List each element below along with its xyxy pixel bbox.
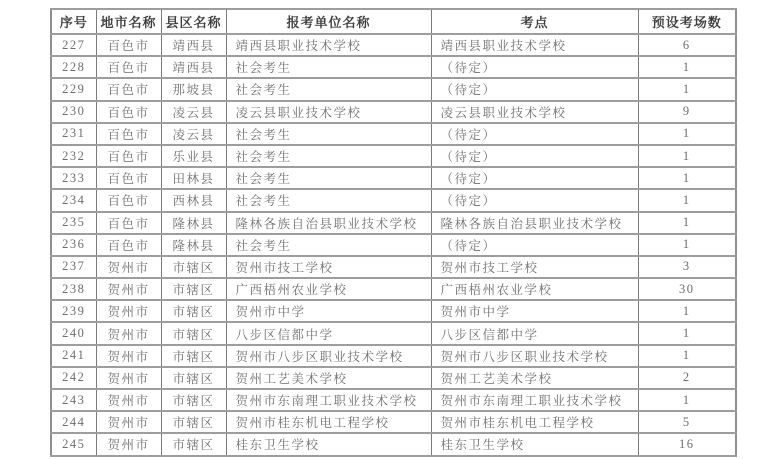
col-header-county-name: 县区名称	[161, 9, 226, 34]
serial-number-cell: 234	[51, 189, 96, 211]
city-name-cell: 百色市	[96, 34, 161, 56]
serial-number-cell: 240	[51, 322, 96, 344]
table-row: 228百色市靖西县社会考生（待定）1	[51, 56, 736, 78]
county-name-cell: 市辖区	[161, 256, 226, 278]
col-header-serial-number: 序号	[51, 9, 96, 34]
county-name-cell: 市辖区	[161, 367, 226, 389]
exam-site-cell: （待定）	[431, 123, 638, 145]
room-count-cell: 1	[638, 56, 736, 78]
registration-unit-cell: 贺州市中学	[226, 300, 431, 322]
serial-number-cell: 233	[51, 167, 96, 189]
room-count-cell: 16	[638, 433, 736, 455]
county-name-cell: 乐业县	[161, 145, 226, 167]
registration-unit-cell: 社会考生	[226, 78, 431, 100]
city-name-cell: 百色市	[96, 167, 161, 189]
room-count-cell: 1	[638, 389, 736, 411]
serial-number-cell: 238	[51, 278, 96, 300]
room-count-cell: 1	[638, 167, 736, 189]
document-page: 序号 地市名称 县区名称 报考单位名称 考点 预设考场数 227百色市靖西县靖西…	[0, 0, 760, 459]
county-name-cell: 隆林县	[161, 234, 226, 256]
exam-site-cell: 贺州市技工学校	[431, 256, 638, 278]
col-header-exam-site: 考点	[431, 9, 638, 34]
city-name-cell: 百色市	[96, 101, 161, 123]
room-count-cell: 1	[638, 234, 736, 256]
county-name-cell: 靖西县	[161, 56, 226, 78]
county-name-cell: 市辖区	[161, 345, 226, 367]
serial-number-cell: 239	[51, 300, 96, 322]
col-header-city-name: 地市名称	[96, 9, 161, 34]
county-name-cell: 田林县	[161, 167, 226, 189]
county-name-cell: 凌云县	[161, 101, 226, 123]
city-name-cell: 百色市	[96, 78, 161, 100]
registration-unit-cell: 社会考生	[226, 56, 431, 78]
exam-site-cell: 贺州市中学	[431, 300, 638, 322]
table-row: 237贺州市市辖区贺州市技工学校贺州市技工学校3	[51, 256, 736, 278]
serial-number-cell: 227	[51, 34, 96, 56]
room-count-cell: 6	[638, 34, 736, 56]
city-name-cell: 百色市	[96, 189, 161, 211]
city-name-cell: 贺州市	[96, 300, 161, 322]
room-count-cell: 1	[638, 212, 736, 234]
registration-unit-cell: 贺州市八步区职业技术学校	[226, 345, 431, 367]
room-count-cell: 1	[638, 145, 736, 167]
registration-unit-cell: 社会考生	[226, 234, 431, 256]
serial-number-cell: 244	[51, 411, 96, 433]
col-header-registration-unit: 报考单位名称	[226, 9, 431, 34]
header-row: 序号 地市名称 县区名称 报考单位名称 考点 预设考场数	[51, 9, 736, 34]
city-name-cell: 贺州市	[96, 345, 161, 367]
exam-site-cell: 贺州市东南理工职业技术学校	[431, 389, 638, 411]
exam-site-cell: 桂东卫生学校	[431, 433, 638, 455]
county-name-cell: 隆林县	[161, 212, 226, 234]
serial-number-cell: 229	[51, 78, 96, 100]
table-body: 227百色市靖西县靖西县职业技术学校靖西县职业技术学校6228百色市靖西县社会考…	[51, 34, 736, 456]
col-header-preset-room-count: 预设考场数	[638, 9, 736, 34]
county-name-cell: 市辖区	[161, 278, 226, 300]
room-count-cell: 1	[638, 123, 736, 145]
serial-number-cell: 235	[51, 212, 96, 234]
county-name-cell: 市辖区	[161, 433, 226, 455]
table-row: 230百色市凌云县凌云县职业技术学校凌云县职业技术学校9	[51, 101, 736, 123]
serial-number-cell: 243	[51, 389, 96, 411]
county-name-cell: 凌云县	[161, 123, 226, 145]
table-header: 序号 地市名称 县区名称 报考单位名称 考点 预设考场数	[51, 9, 736, 34]
registration-unit-cell: 社会考生	[226, 167, 431, 189]
room-count-cell: 1	[638, 189, 736, 211]
serial-number-cell: 236	[51, 234, 96, 256]
county-name-cell: 西林县	[161, 189, 226, 211]
registration-unit-cell: 凌云县职业技术学校	[226, 101, 431, 123]
room-count-cell: 1	[638, 78, 736, 100]
room-count-cell: 5	[638, 411, 736, 433]
exam-site-table: 序号 地市名称 县区名称 报考单位名称 考点 预设考场数 227百色市靖西县靖西…	[50, 8, 737, 457]
registration-unit-cell: 广西梧州农业学校	[226, 278, 431, 300]
registration-unit-cell: 贺州市技工学校	[226, 256, 431, 278]
city-name-cell: 贺州市	[96, 367, 161, 389]
table-row: 231百色市凌云县社会考生（待定）1	[51, 123, 736, 145]
exam-site-cell: 贺州市八步区职业技术学校	[431, 345, 638, 367]
serial-number-cell: 228	[51, 56, 96, 78]
room-count-cell: 1	[638, 322, 736, 344]
exam-site-cell: （待定）	[431, 167, 638, 189]
table-row: 242贺州市市辖区贺州工艺美术学校贺州工艺美术学校2	[51, 367, 736, 389]
room-count-cell: 1	[638, 345, 736, 367]
exam-site-cell: 贺州工艺美术学校	[431, 367, 638, 389]
registration-unit-cell: 贺州市东南理工职业技术学校	[226, 389, 431, 411]
table-row: 245贺州市市辖区桂东卫生学校桂东卫生学校16	[51, 433, 736, 455]
city-name-cell: 百色市	[96, 56, 161, 78]
city-name-cell: 百色市	[96, 212, 161, 234]
exam-site-cell: 八步区信都中学	[431, 322, 638, 344]
registration-unit-cell: 桂东卫生学校	[226, 433, 431, 455]
county-name-cell: 市辖区	[161, 411, 226, 433]
city-name-cell: 贺州市	[96, 411, 161, 433]
exam-site-cell: （待定）	[431, 145, 638, 167]
table-row: 241贺州市市辖区贺州市八步区职业技术学校贺州市八步区职业技术学校1	[51, 345, 736, 367]
table-row: 244贺州市市辖区贺州市桂东机电工程学校贺州市桂东机电工程学校5	[51, 411, 736, 433]
city-name-cell: 贺州市	[96, 278, 161, 300]
table-row: 234百色市西林县社会考生（待定）1	[51, 189, 736, 211]
exam-site-cell: （待定）	[431, 234, 638, 256]
room-count-cell: 9	[638, 101, 736, 123]
registration-unit-cell: 社会考生	[226, 123, 431, 145]
serial-number-cell: 230	[51, 101, 96, 123]
county-name-cell: 那坡县	[161, 78, 226, 100]
serial-number-cell: 232	[51, 145, 96, 167]
room-count-cell: 1	[638, 300, 736, 322]
table-row: 238贺州市市辖区广西梧州农业学校广西梧州农业学校30	[51, 278, 736, 300]
city-name-cell: 百色市	[96, 234, 161, 256]
serial-number-cell: 231	[51, 123, 96, 145]
registration-unit-cell: 八步区信都中学	[226, 322, 431, 344]
table-row: 239贺州市市辖区贺州市中学贺州市中学1	[51, 300, 736, 322]
table-row: 243贺州市市辖区贺州市东南理工职业技术学校贺州市东南理工职业技术学校1	[51, 389, 736, 411]
city-name-cell: 贺州市	[96, 433, 161, 455]
registration-unit-cell: 贺州市桂东机电工程学校	[226, 411, 431, 433]
serial-number-cell: 237	[51, 256, 96, 278]
city-name-cell: 百色市	[96, 145, 161, 167]
serial-number-cell: 242	[51, 367, 96, 389]
exam-site-cell: （待定）	[431, 56, 638, 78]
registration-unit-cell: 贺州工艺美术学校	[226, 367, 431, 389]
table-row: 235百色市隆林县隆林各族自治县职业技术学校隆林各族自治县职业技术学校1	[51, 212, 736, 234]
city-name-cell: 贺州市	[96, 322, 161, 344]
city-name-cell: 贺州市	[96, 256, 161, 278]
table-row: 229百色市那坡县社会考生（待定）1	[51, 78, 736, 100]
county-name-cell: 靖西县	[161, 34, 226, 56]
room-count-cell: 2	[638, 367, 736, 389]
table-row: 233百色市田林县社会考生（待定）1	[51, 167, 736, 189]
table-row: 240贺州市市辖区八步区信都中学八步区信都中学1	[51, 322, 736, 344]
serial-number-cell: 245	[51, 433, 96, 455]
county-name-cell: 市辖区	[161, 389, 226, 411]
county-name-cell: 市辖区	[161, 300, 226, 322]
room-count-cell: 30	[638, 278, 736, 300]
city-name-cell: 百色市	[96, 123, 161, 145]
registration-unit-cell: 社会考生	[226, 145, 431, 167]
city-name-cell: 贺州市	[96, 389, 161, 411]
table-row: 232百色市乐业县社会考生（待定）1	[51, 145, 736, 167]
exam-site-cell: （待定）	[431, 78, 638, 100]
exam-site-cell: 隆林各族自治县职业技术学校	[431, 212, 638, 234]
county-name-cell: 市辖区	[161, 322, 226, 344]
exam-site-cell: （待定）	[431, 189, 638, 211]
table-row: 236百色市隆林县社会考生（待定）1	[51, 234, 736, 256]
registration-unit-cell: 靖西县职业技术学校	[226, 34, 431, 56]
exam-site-cell: 凌云县职业技术学校	[431, 101, 638, 123]
exam-site-cell: 贺州市桂东机电工程学校	[431, 411, 638, 433]
registration-unit-cell: 隆林各族自治县职业技术学校	[226, 212, 431, 234]
exam-site-cell: 靖西县职业技术学校	[431, 34, 638, 56]
exam-site-cell: 广西梧州农业学校	[431, 278, 638, 300]
registration-unit-cell: 社会考生	[226, 189, 431, 211]
room-count-cell: 3	[638, 256, 736, 278]
table-row: 227百色市靖西县靖西县职业技术学校靖西县职业技术学校6	[51, 34, 736, 56]
serial-number-cell: 241	[51, 345, 96, 367]
